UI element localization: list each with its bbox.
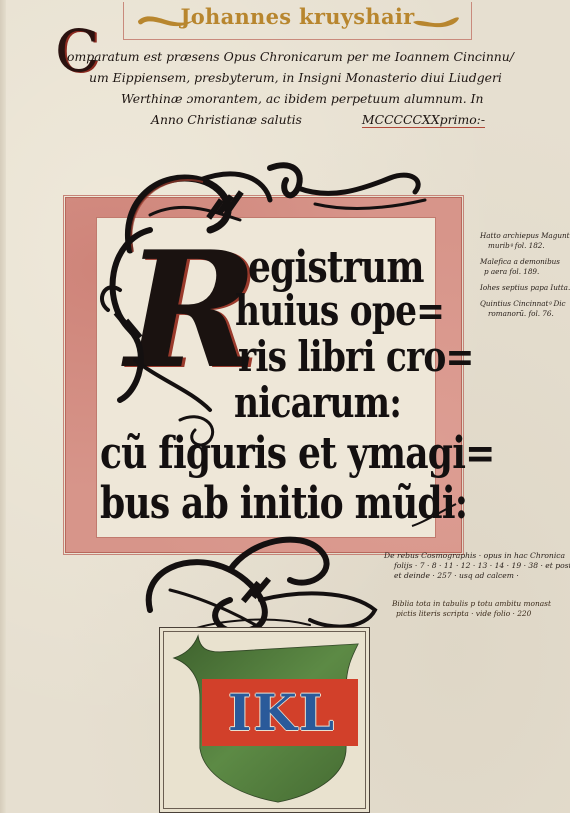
marginal-entry: Malefica a demonibus p aera fol. 189. <box>480 257 570 277</box>
colophon-line-4: Anno Christianæ salutisMCCCCCXXprimo:- <box>55 109 515 130</box>
colophon-line-4-text: Anno Christianæ salutis <box>151 112 302 127</box>
marginal-line: pictis literis scripta · vide folio · 22… <box>392 609 551 619</box>
marginal-entry: Iohes septius papa Iutta. <box>480 283 570 293</box>
coat-of-arms-box: IKL <box>159 627 370 813</box>
marginal-line: romanorũ. fol. 76. <box>480 309 570 319</box>
main-line-2: huius ope= <box>235 286 444 335</box>
flourish-left-icon <box>90 220 240 460</box>
tail-stroke-icon <box>410 500 460 530</box>
marginal-line: Hatto archiepus Maguntinus <box>480 231 570 241</box>
marginal-line: De rebus Cosmographis · opus in hac Chro… <box>384 551 570 561</box>
marginal-line: Quintius Cincinnatꝰ Dic <box>480 299 570 309</box>
shield-icon <box>160 628 371 813</box>
swash-right-icon <box>411 12 461 30</box>
main-line-3: ris libri cro= <box>238 332 474 381</box>
marginal-entry: Hatto archiepus Maguntinus muribꝰ fol. 1… <box>480 231 570 251</box>
marginal-line: folijs · 7 · 8 · 11 · 12 · 13 · 14 · 19 … <box>384 561 570 571</box>
marginal-line: muribꝰ fol. 182. <box>480 241 570 251</box>
monogram: IKL <box>218 679 346 746</box>
marginal-line: et deinde · 257 · usq ad calcem · <box>384 571 570 581</box>
colophon-line-1: omparatum est præsens Opus Chronicarum p… <box>55 46 515 67</box>
title-banner: Johannes kruyshair <box>123 2 472 40</box>
marginal-line: p aera fol. 189. <box>480 267 570 277</box>
main-line-5: cũ figuris et ymagi= <box>100 428 495 479</box>
marginalia-lower-1: De rebus Cosmographis · opus in hac Chro… <box>384 551 570 581</box>
marginalia-lower-2: Biblia tota in tabulis p totu ambitu mon… <box>392 599 551 619</box>
marginal-line: Iohes septius papa Iutta. <box>480 283 570 293</box>
colophon-line-3: Werthinæ ɔmorantem, ac ibidem perpetuum … <box>55 88 515 109</box>
main-line-4: nicarum: <box>234 378 401 427</box>
marginal-entry: Quintius Cincinnatꝰ Dic romanorũ. fol. 7… <box>480 299 570 319</box>
page-edge <box>0 0 6 813</box>
colophon-line-2: um Eippiensem, presbyterum, in Insigni M… <box>55 67 515 88</box>
marginalia-right: Hatto archiepus Maguntinus muribꝰ fol. 1… <box>480 231 570 325</box>
colophon-text: omparatum est præsens Opus Chronicarum p… <box>55 46 515 130</box>
colophon-year: MCCCCCXXprimo:- <box>362 112 485 128</box>
marginal-line: Malefica a demonibus <box>480 257 570 267</box>
marginal-line: Biblia tota in tabulis p totu ambitu mon… <box>392 599 551 609</box>
